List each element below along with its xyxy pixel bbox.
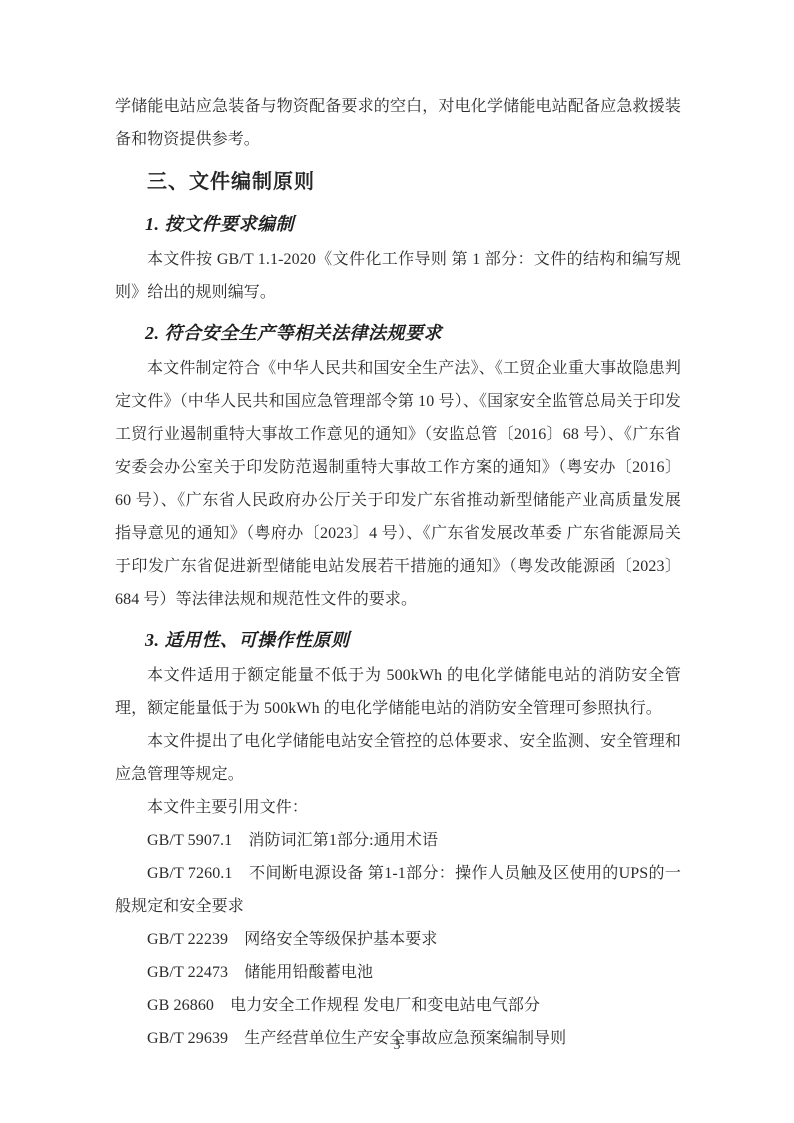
reference-item: GB/T 22239 网络安全等级保护基本要求 [115, 923, 681, 956]
continuation-paragraph: 学储能电站应急装备与物资配备要求的空白，对电化学储能电站配备应急救援装备和物资提… [115, 90, 681, 156]
reference-item: GB/T 22473 储能用铅酸蓄电池 [115, 956, 681, 989]
subsection-3-paragraph-references-intro: 本文件主要引用文件： [115, 791, 681, 824]
subsection-2-heading: 2. 符合安全生产等相关法律法规要求 [115, 317, 681, 350]
page-content: 学储能电站应急装备与物资配备要求的空白，对电化学储能电站配备应急救援装备和物资提… [115, 90, 681, 1055]
reference-item: GB/T 5907.1 消防词汇第1部分:通用术语 [115, 824, 681, 857]
reference-item: GB/T 7260.1 不间断电源设备 第1-1部分：操作人员触及区使用的UPS… [115, 857, 681, 923]
section-heading: 三、文件编制原则 [115, 166, 681, 199]
subsection-2-paragraph: 本文件制定符合《中华人民共和国安全生产法》、《工贸企业重大事故隐患判定文件》（中… [115, 352, 681, 616]
subsection-3-paragraph-provisions: 本文件提出了电化学储能电站安全管控的总体要求、安全监测、安全管理和应急管理等规定… [115, 725, 681, 791]
subsection-1-heading: 1. 按文件要求编制 [115, 208, 681, 241]
subsection-3-paragraph-scope: 本文件适用于额定能量不低于为 500kWh 的电化学储能电站的消防安全管理，额定… [115, 659, 681, 725]
page-number: 3 [0, 1036, 794, 1056]
reference-item: GB 26860 电力安全工作规程 发电厂和变电站电气部分 [115, 989, 681, 1022]
document-page: 学储能电站应急装备与物资配备要求的空白，对电化学储能电站配备应急救援装备和物资提… [0, 0, 794, 1123]
subsection-1-paragraph: 本文件按 GB/T 1.1-2020《文件化工作导则 第 1 部分：文件的结构和… [115, 243, 681, 309]
subsection-3-heading: 3. 适用性、可操作性原则 [115, 624, 681, 657]
